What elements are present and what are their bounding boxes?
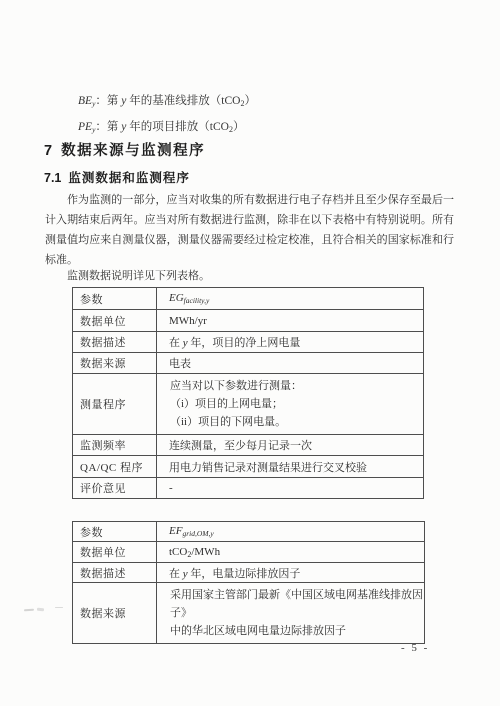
scan-smudge	[37, 608, 44, 612]
row-value: 连续测量，至少每月记录一次	[157, 435, 424, 456]
page-number: - 5 -	[401, 642, 429, 654]
row-label: 参数	[73, 522, 157, 542]
value-text: 在	[169, 337, 183, 349]
scan-smudge	[24, 609, 34, 612]
procedure-line: 应当对以下参数进行测量：	[170, 377, 422, 395]
formula-project-emissions: PEy：第 y 年的项目排放（tCO2）	[78, 118, 244, 134]
row-value: EGfacility,y	[157, 288, 424, 310]
subsection-number: 7.1	[44, 171, 61, 185]
parameter-symbol: EG	[169, 292, 184, 304]
table-row: 参数 EGfacility,y	[73, 288, 424, 310]
scan-smudge	[55, 607, 63, 608]
table-row: 数据单位 MWh/yr	[73, 310, 424, 332]
table-row: 数据描述 在 y 年，电量边际排放因子	[73, 563, 425, 583]
unit-text: /MWh	[191, 546, 220, 558]
subsection-title: 监测数据和监测程序	[68, 171, 190, 185]
formula-baseline-emissions: BEy：第 y 年的基准线排放（tCO2）	[78, 92, 256, 108]
row-value: tCO2/MWh	[157, 542, 425, 563]
row-value: MWh/yr	[157, 310, 424, 332]
row-label: QA/QC 程序	[73, 456, 157, 478]
source-line: 中的华北区域电网电量边际排放因子	[170, 622, 423, 640]
table-row: 评价意见 -	[73, 478, 424, 499]
row-label: 数据描述	[73, 563, 157, 583]
row-label: 监测频率	[73, 435, 157, 456]
row-value: -	[157, 478, 424, 499]
procedure-line: （ii）项目的下网电量。	[170, 413, 422, 431]
row-value: 应当对以下参数进行测量： （i）项目的上网电量； （ii）项目的下网电量。	[157, 374, 424, 435]
row-label: 数据来源	[73, 353, 157, 374]
row-label: 评价意见	[73, 478, 157, 499]
formula-close-paren: ）	[233, 121, 245, 133]
table-row: 参数 EFgrid,OM,y	[73, 522, 425, 542]
formula-description: 年的项目排放（tCO	[126, 121, 229, 133]
table-row: 数据来源 采用国家主管部门最新《中国区域电网基准线排放因子》 中的华北区域电网电…	[73, 583, 425, 644]
data-source-lines: 采用国家主管部门最新《中国区域电网基准线排放因子》 中的华北区域电网电量边际排放…	[158, 584, 423, 642]
monitoring-table-eg: 参数 EGfacility,y 数据单位 MWh/yr 数据描述 在 y 年，项…	[72, 287, 424, 499]
formula-separator: ：第	[95, 95, 121, 107]
formula-separator: ：第	[95, 121, 121, 133]
value-text: 在	[169, 568, 183, 580]
row-label: 参数	[73, 288, 157, 310]
procedure-line: （i）项目的上网电量；	[170, 395, 422, 413]
parameter-symbol: EF	[169, 525, 182, 537]
row-value: 用电力销售记录对测量结果进行交叉校验	[157, 456, 424, 478]
table-intro-line: 监测数据说明详见下列表格。	[45, 266, 210, 286]
table-row: 数据描述 在 y 年，项目的净上网电量	[73, 332, 424, 353]
value-text: 年，电量边际排放因子	[188, 568, 301, 580]
row-label: 测量程序	[73, 374, 157, 435]
formula-description: 年的基准线排放（tCO	[126, 95, 240, 107]
formula-close-paren: ）	[244, 95, 256, 107]
paragraph-line: 测量值均应来自测量仪器，测量仪器需要经过检定校准，且符合相关的国家标准和行业	[45, 230, 454, 250]
document-page: BEy：第 y 年的基准线排放（tCO2） PEy：第 y 年的项目排放（tCO…	[0, 0, 500, 706]
row-value: EFgrid,OM,y	[157, 522, 425, 542]
value-text: 年，项目的净上网电量	[188, 337, 301, 349]
parameter-subscript: facility,y	[184, 296, 210, 305]
table-row: 监测频率 连续测量，至少每月记录一次	[73, 435, 424, 456]
monitoring-table-ef: 参数 EFgrid,OM,y 数据单位 tCO2/MWh 数据描述 在 y 年，…	[72, 521, 425, 644]
row-label: 数据单位	[73, 542, 157, 563]
row-label: 数据描述	[73, 332, 157, 353]
row-value: 电表	[157, 353, 424, 374]
table-row: 数据来源 电表	[73, 353, 424, 374]
subsection-heading: 7.1监测数据和监测程序	[44, 168, 190, 186]
section-heading: 7数据来源与监测程序	[44, 139, 205, 160]
table-row: 数据单位 tCO2/MWh	[73, 542, 425, 563]
formula-variable: PE	[78, 121, 92, 133]
row-value: 在 y 年，项目的净上网电量	[157, 332, 424, 353]
row-label: 数据单位	[73, 310, 157, 332]
row-value: 在 y 年，电量边际排放因子	[157, 563, 425, 583]
parameter-subscript: grid,OM,y	[182, 529, 213, 538]
formula-variable: BE	[78, 95, 92, 107]
measurement-procedure-lines: 应当对以下参数进行测量： （i）项目的上网电量； （ii）项目的下网电量。	[158, 375, 422, 433]
paragraph-line: 计入期结束后两年。应当对所有数据进行监测，除非在以下表格中有特别说明。所有的	[45, 210, 454, 230]
table-row: 测量程序 应当对以下参数进行测量： （i）项目的上网电量； （ii）项目的下网电…	[73, 374, 424, 435]
source-line: 采用国家主管部门最新《中国区域电网基准线排放因子》	[170, 586, 423, 622]
row-label: 数据来源	[73, 583, 157, 644]
unit-text: tCO	[169, 546, 187, 558]
section-title: 数据来源与监测程序	[61, 143, 205, 159]
body-paragraph: 作为监测的一部分，应当对收集的所有数据进行电子存档并且至少保存至最后一个 计入期…	[45, 190, 454, 270]
row-value: 采用国家主管部门最新《中国区域电网基准线排放因子》 中的华北区域电网电量边际排放…	[157, 583, 425, 644]
table-row: QA/QC 程序 用电力销售记录对测量结果进行交叉校验	[73, 456, 424, 478]
paragraph-line: 作为监测的一部分，应当对收集的所有数据进行电子存档并且至少保存至最后一个	[45, 190, 454, 210]
section-number: 7	[44, 143, 52, 159]
